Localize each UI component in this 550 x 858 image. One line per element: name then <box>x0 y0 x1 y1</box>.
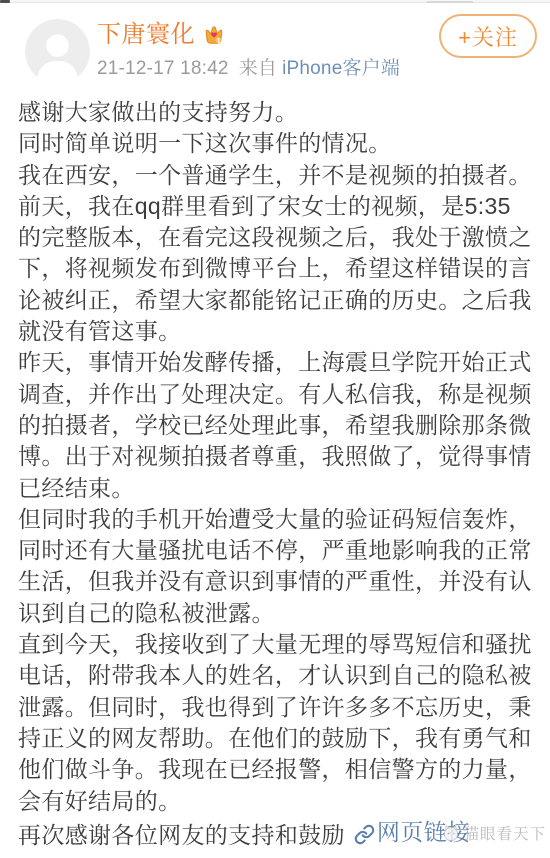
post-line: 我在西安，一个普通学生，并不是视频的拍摄者。 <box>18 160 538 191</box>
post-line: 调查，并作出了处理决定。有人私信我，称是视频 <box>18 379 538 410</box>
post-line: 他们做斗争。我现在已经报警，相信警方的力量， <box>18 754 538 785</box>
post-line: 下，将视频发布到微博平台上，希望这样错误的言 <box>18 253 538 284</box>
source-prefix: 来自 <box>239 58 277 79</box>
post-line: 的完整版本，在看完这段视频之后，我处于激愤之 <box>18 222 538 253</box>
post-line: 生活，但我并没有意识到事情的严重性，并没有认 <box>18 566 538 597</box>
post-meta: 21-12-17 18:42来自iPhone客户端 <box>97 58 400 80</box>
source-link[interactable]: iPhone客户端 <box>282 58 400 79</box>
post-line: 已经结束。 <box>18 473 538 504</box>
post-line: 感谢大家做出的支持努力。 <box>18 97 538 128</box>
post-header: 下唐寰化 1 21-12-17 18:42来自iPhone客户端 +关注 <box>0 0 550 96</box>
watermark: 猫眼看天下 <box>442 822 546 844</box>
avatar[interactable] <box>25 19 90 84</box>
follow-button-label: +关注 <box>458 21 518 52</box>
post-line: 会有好结局的。 <box>18 786 538 817</box>
weibo-post-card: 下唐寰化 1 21-12-17 18:42来自iPhone客户端 +关注 感谢大… <box>0 0 550 858</box>
svg-text:1: 1 <box>217 38 221 45</box>
post-line: 同时还有大量骚扰电话不停，严重地影响我的正常 <box>18 535 538 566</box>
post-line: 博。出于对视频拍摄者尊重，我照做了，觉得事情 <box>18 441 538 472</box>
post-line: 但同时我的手机开始遭受大量的验证码短信轰炸， <box>18 504 538 535</box>
post-line: 电话，附带我本人的姓名，才认识到自己的隐私被 <box>18 660 538 691</box>
chain-link-icon <box>354 824 375 845</box>
post-line: 同时简单说明一下这次事件的情况。 <box>18 128 538 159</box>
default-avatar-icon <box>25 19 90 84</box>
post-line: 前天，我在qq群里看到了宋女士的视频，是5:35 <box>18 191 538 222</box>
post-line: 论被纠正，希望大家都能铭记正确的历史。之后我 <box>18 285 538 316</box>
post-line: 就没有管这事。 <box>18 316 538 347</box>
watermark-label: 猫眼看天下 <box>463 822 546 844</box>
post-line: 昨天，事情开始发酵传播，上海震旦学院开始正式 <box>18 347 538 378</box>
post-line: 持正义的网友帮助。在他们的鼓励下，我有勇气和 <box>18 723 538 754</box>
timestamp: 21-12-17 18:42 <box>97 58 229 79</box>
cat-face-logo-icon <box>442 824 460 842</box>
username[interactable]: 下唐寰化 <box>97 21 195 49</box>
post-line: 识到自己的隐私被泄露。 <box>18 598 538 629</box>
follow-button[interactable]: +关注 <box>439 14 537 58</box>
post-text: 感谢大家做出的支持努力。同时简单说明一下这次事件的情况。我在西安，一个普通学生，… <box>18 97 538 851</box>
post-line: 的拍摄者，学校已经处理此事，希望我删除那条微 <box>18 410 538 441</box>
post-line: 泄露。但同时，我也得到了许许多多不忘历史，秉 <box>18 692 538 723</box>
post-line: 直到今天，我接收到了大量无理的辱骂短信和骚扰 <box>18 629 538 660</box>
vip-crown-icon: 1 <box>202 23 226 47</box>
